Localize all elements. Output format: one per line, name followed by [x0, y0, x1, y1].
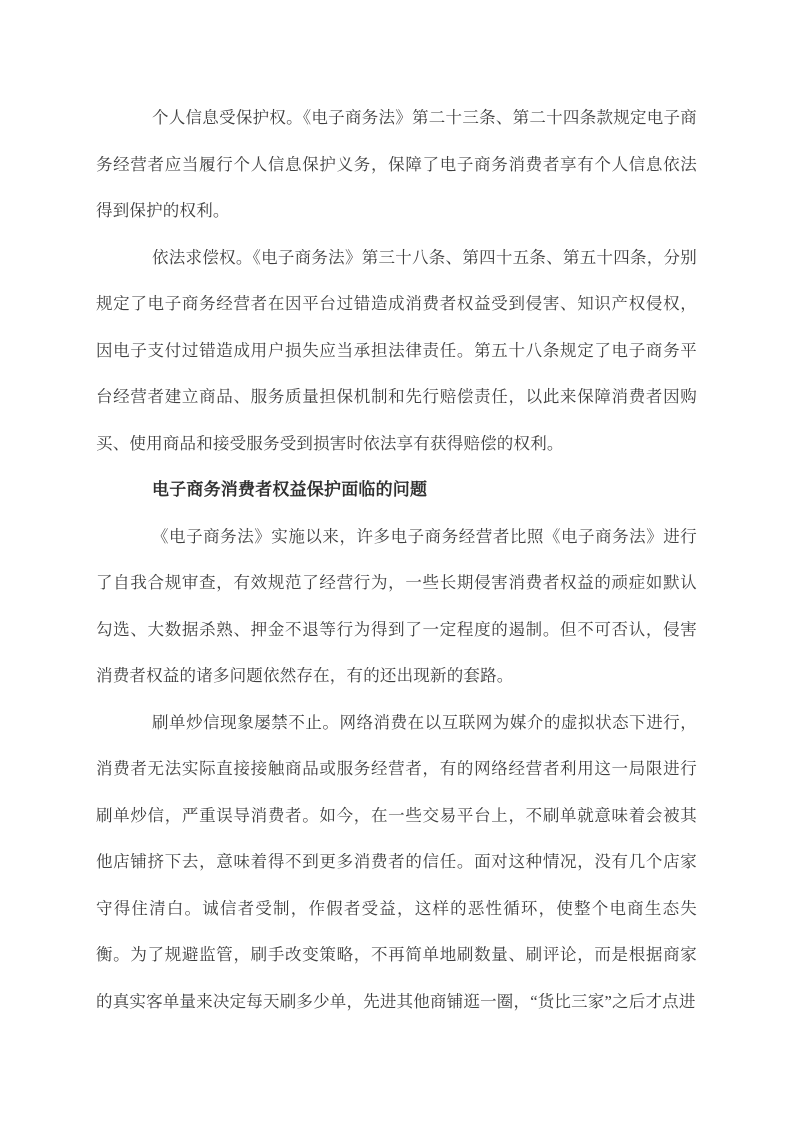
document-body: 个人信息受保护权。《电子商务法》第二十三条、第二十四条款规定电子商务经营者应当履…: [96, 95, 697, 1025]
document-page: 个人信息受保护权。《电子商务法》第二十三条、第二十四条款规定电子商务经营者应当履…: [0, 0, 793, 1122]
section-heading-consumer-protection-problems: 电子商务消费者权益保护面临的问题: [96, 467, 697, 514]
paragraph-compensation-right: 依法求偿权。《电子商务法》第三十八条、第四十五条、第五十四条，分别规定了电子商务…: [96, 235, 697, 468]
paragraph-personal-info-right: 个人信息受保护权。《电子商务法》第二十三条、第二十四条款规定电子商务经营者应当履…: [96, 95, 697, 235]
paragraph-law-implementation: 《电子商务法》实施以来，许多电子商务经营者比照《电子商务法》进行了自我合规审查，…: [96, 514, 697, 700]
paragraph-fake-orders: 刷单炒信现象屡禁不止。网络消费在以互联网为媒介的虚拟状态下进行，消费者无法实际直…: [96, 700, 697, 1026]
